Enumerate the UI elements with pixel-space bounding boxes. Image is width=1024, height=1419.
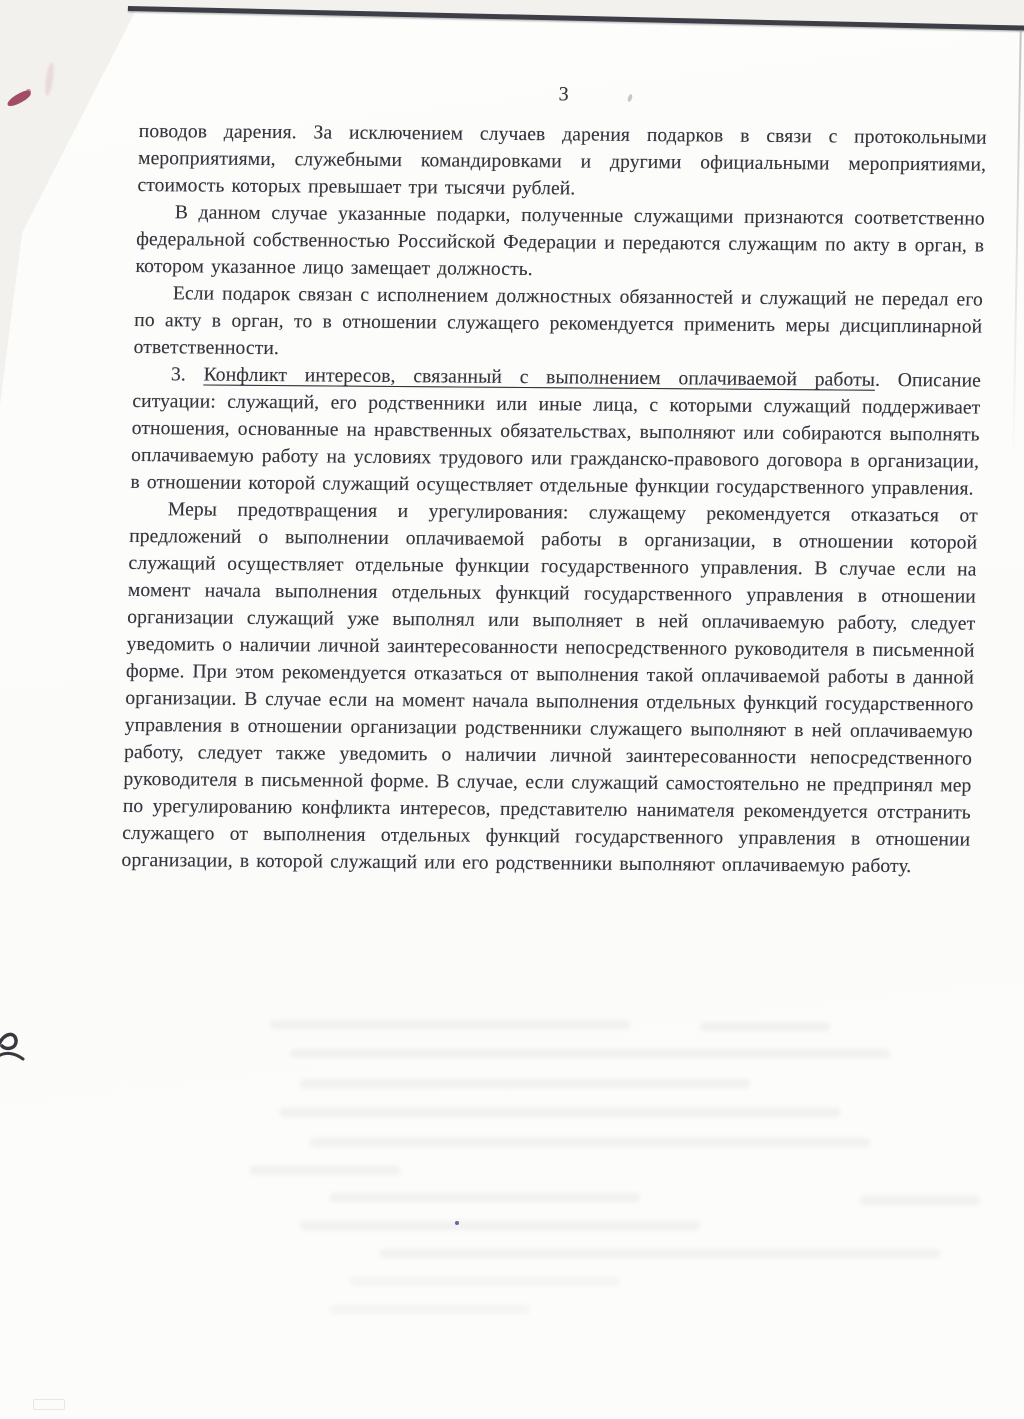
para-gift-occasions: поводов дарения. За исключением случаев … [137,118,987,206]
bleedthrough-line [380,1249,940,1258]
ink-squiggle [0,1030,31,1064]
bleedthrough-line [330,1305,530,1314]
document-body: поводов дарения. За исключением случаев … [121,118,987,881]
text-segment: поводов дарения. За исключением случаев … [137,121,987,199]
bleedthrough-line [300,1079,750,1088]
document-content: 3 поводов дарения. За исключением случае… [121,78,988,881]
bleedthrough-line [250,1166,400,1175]
red-ink-dot [26,89,31,94]
text-segment: Меры предотвращения и урегулирования: сл… [121,499,978,877]
underlined-heading: Конфликт интересов, связанный с выполнен… [203,365,875,391]
scanned-document-page: 3 поводов дарения. За исключением случае… [0,0,1024,1419]
bleedthrough-line [270,1020,630,1029]
para-gifts-federal-property: В данном случае указанные подарки, получ… [135,199,985,287]
bleedthrough-line [350,1277,620,1286]
text-segment: В данном случае указанные подарки, получ… [135,202,985,280]
para-disciplinary-measures: Если подарок связан с исполнением должно… [133,280,983,368]
para-conflict-of-interest-paid-work: 3. Конфликт интересов, связанный с выпол… [130,361,981,503]
text-segment: 3. [171,364,204,385]
text-segment: Если подарок связан с исполнением должно… [133,283,983,359]
bleedthrough-line [300,1221,700,1230]
para-prevention-measures: Меры предотвращения и урегулирования: сл… [121,496,978,881]
bleedthrough-line [700,1022,830,1031]
page-number: 3 [139,78,988,112]
pink-smudge [44,62,56,97]
bleedthrough-line [330,1193,640,1202]
bleedthrough-line [860,1196,980,1205]
bleedthrough-line [310,1138,870,1147]
bottom-left-specks [33,1399,65,1410]
bleedthrough-line [280,1108,840,1117]
bleedthrough-line [290,1049,890,1058]
